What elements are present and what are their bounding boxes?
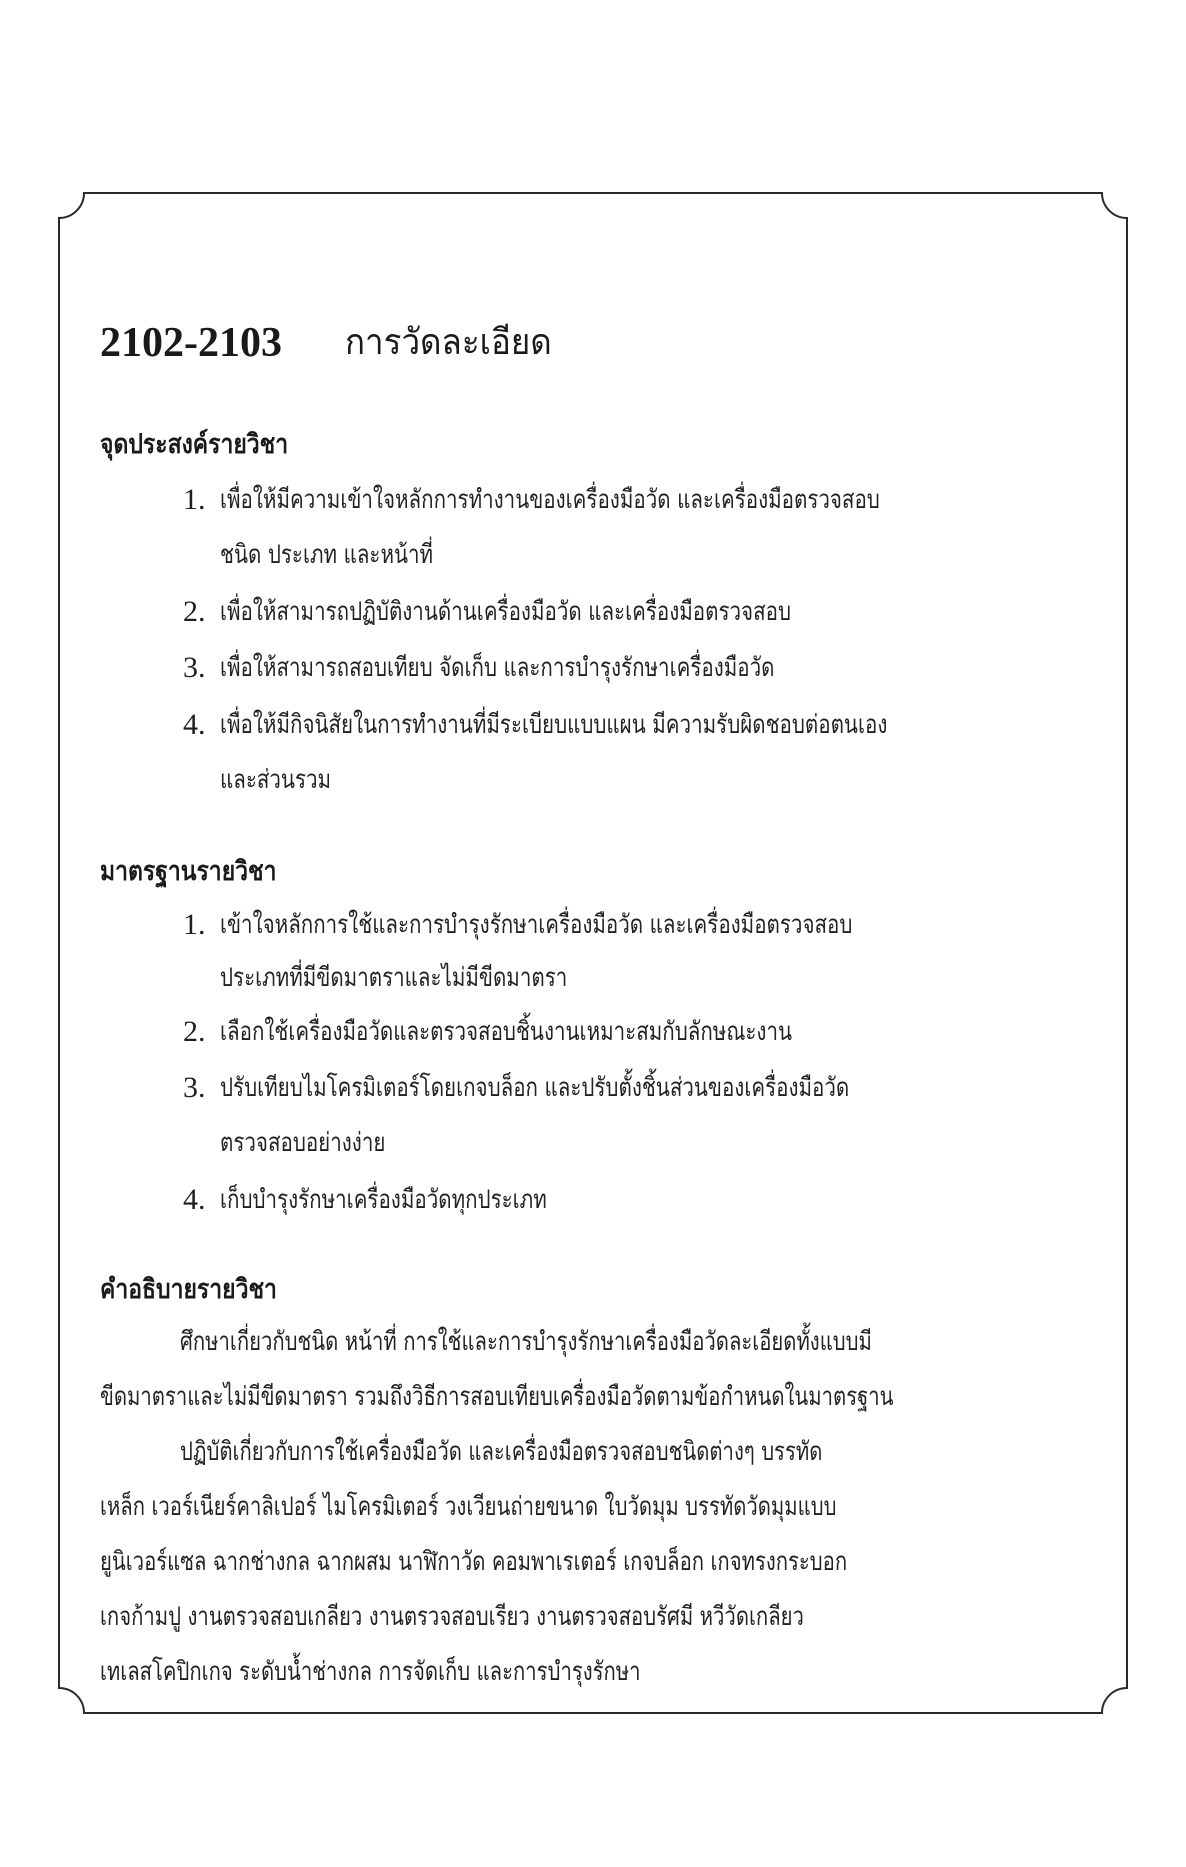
description-line: ศึกษาเกี่ยวกับชนิด หน้าที่ การใช้และการบ…: [180, 1322, 872, 1362]
standard-text: ประเภทที่มีขีดมาตราและไม่มีขีดมาตรา: [220, 958, 567, 998]
standard-number: 1.: [183, 905, 206, 945]
objective-number: 1.: [183, 480, 206, 520]
objectives-heading: จุดประสงค์รายวิชา: [100, 425, 288, 465]
standard-text: เก็บบำรุงรักษาเครื่องมือวัดทุกประเภท: [220, 1180, 547, 1220]
description-line: เทเลสโคปิกเกจ ระดับน้ำช่างกล การจัดเก็บ …: [100, 1652, 641, 1692]
objective-text: เพื่อให้มีความเข้าใจหลักการทำงานของเครื่…: [220, 480, 880, 520]
objective-number: 2.: [183, 592, 206, 632]
course-name: การวัดละเอียด: [345, 318, 552, 368]
description-line: ปฏิบัติเกี่ยวกับการใช้เครื่องมือวัด และเ…: [180, 1432, 822, 1472]
standard-text: ตรวจสอบอย่างง่าย: [220, 1123, 385, 1163]
description-heading: คำอธิบายรายวิชา: [100, 1270, 277, 1310]
description-line: เหล็ก เวอร์เนียร์คาลิเปอร์ ไมโครมิเตอร์ …: [100, 1487, 836, 1527]
description-line: ยูนิเวอร์แซล ฉากช่างกล ฉากผสม นาฬิกาวัด …: [100, 1542, 847, 1582]
objective-number: 4.: [183, 705, 206, 745]
objective-text: และส่วนรวม: [220, 760, 331, 800]
standard-number: 4.: [183, 1180, 206, 1220]
standard-number: 3.: [183, 1068, 206, 1108]
objective-text: ชนิด ประเภท และหน้าที่: [220, 535, 433, 575]
standard-text: เลือกใช้เครื่องมือวัดและตรวจสอบชิ้นงานเห…: [220, 1012, 792, 1052]
objective-text: เพื่อให้มีกิจนิสัยในการทำงานที่มีระเบียบ…: [220, 705, 887, 745]
course-code: 2102-2103: [100, 318, 282, 368]
description-line: เกจก้ามปู งานตรวจสอบเกลียว งานตรวจสอบเรี…: [100, 1597, 804, 1637]
objective-text: เพื่อให้สามารถปฏิบัติงานด้านเครื่องมือวั…: [220, 592, 791, 632]
objective-text: เพื่อให้สามารถสอบเทียบ จัดเก็บ และการบำร…: [220, 648, 774, 688]
standards-heading: มาตรฐานรายวิชา: [100, 852, 277, 892]
standard-text: เข้าใจหลักการใช้และการบำรุงรักษาเครื่องม…: [220, 905, 852, 945]
description-line: ขีดมาตราและไม่มีขีดมาตรา รวมถึงวิธีการสอ…: [100, 1377, 894, 1417]
standard-number: 2.: [183, 1012, 206, 1052]
objective-number: 3.: [183, 648, 206, 688]
standard-text: ปรับเทียบไมโครมิเตอร์โดยเกจบล็อก และปรับ…: [220, 1068, 849, 1108]
